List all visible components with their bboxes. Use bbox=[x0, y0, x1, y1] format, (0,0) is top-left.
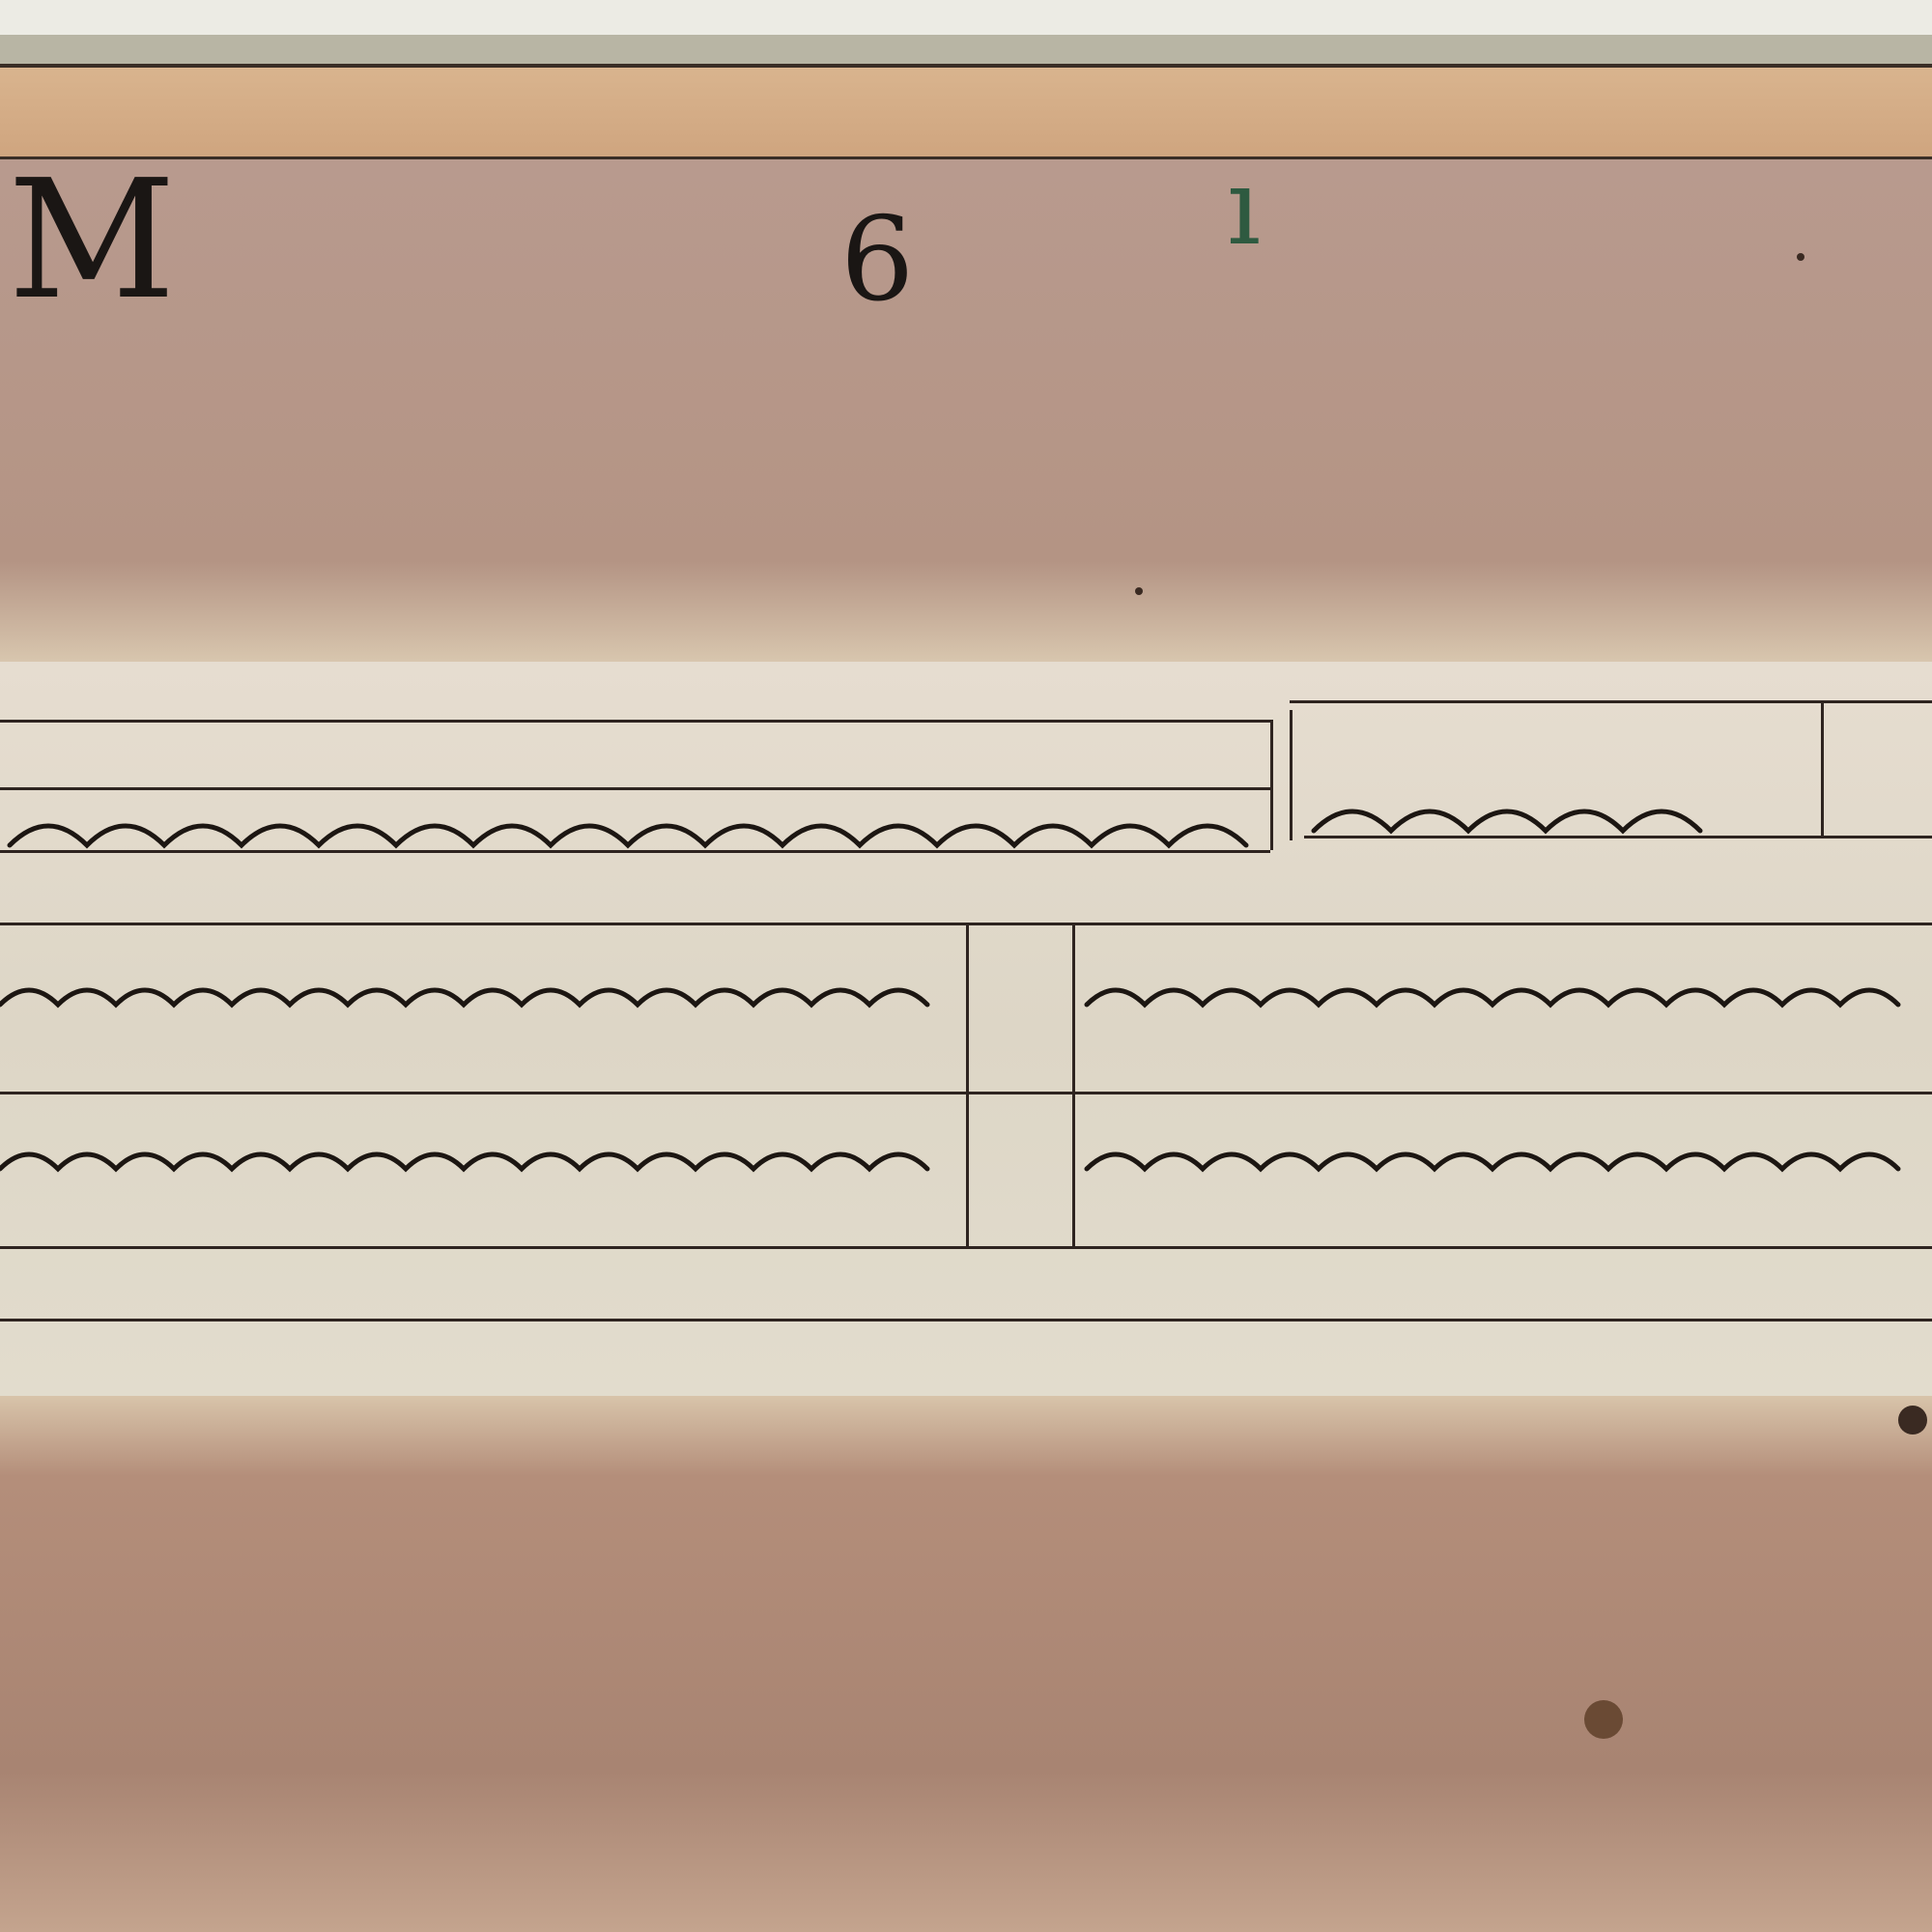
ink-speck bbox=[1898, 1406, 1927, 1435]
script-strokes bbox=[0, 0, 1932, 1932]
ink-speck bbox=[1584, 1700, 1623, 1739]
ink-speck bbox=[1135, 587, 1143, 595]
ink-speck bbox=[1797, 253, 1804, 261]
